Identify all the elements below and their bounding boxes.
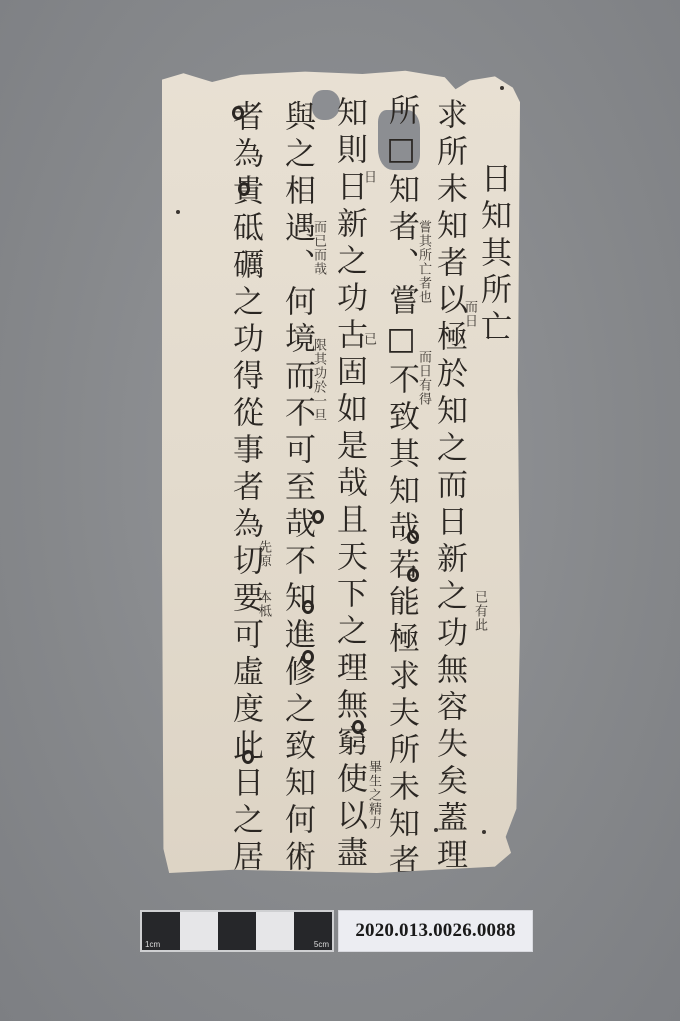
text-column-3: 所□知者、嘗□不致其知哉若能極求夫所未知者以 — [385, 94, 416, 918]
scale-segment — [180, 912, 218, 950]
text-column-4: 知則日新之功古固如是哉且天下之理無窮使以盡 — [333, 96, 364, 873]
annotation: 畢生之精力 — [367, 760, 380, 830]
annotation: 而日有得 — [417, 350, 430, 406]
punctuation-circle — [302, 600, 314, 614]
punctuation-circle — [352, 720, 364, 734]
manuscript-paper: 日知其所亡 求所未知者以極於知之而日新之功無容失矣蓋理之 而日 已有此 所□知者… — [162, 70, 520, 873]
annotation: 已有此 — [473, 590, 486, 632]
punctuation-circle — [302, 650, 314, 664]
scale-start-label: 1cm — [145, 940, 160, 949]
scale-bar: 1cm 5cm — [140, 910, 334, 952]
text-column-2: 求所未知者以極於知之而日新之功無容失矣蓋理之 — [433, 98, 464, 912]
punctuation-circle — [238, 182, 250, 196]
catalog-number-label: 2020.013.0026.0088 — [338, 910, 533, 952]
text-column-5: 與之相遇、何境而不可至哉不知進修之致知何術 — [281, 100, 312, 877]
scale-segment — [256, 912, 294, 950]
ink-speck — [434, 828, 438, 832]
scale-segment — [218, 912, 256, 950]
annotation: 而已而哉 — [312, 220, 325, 276]
punctuation-circle — [407, 568, 419, 582]
ink-speck — [176, 210, 180, 214]
annotation: 而日 — [463, 300, 476, 328]
punctuation-circle — [242, 750, 254, 764]
annotation: 限其功於一旦 — [312, 338, 325, 422]
annotation: 日 — [362, 170, 375, 184]
text-column-1: 日知其所亡 — [477, 162, 508, 347]
annotation: 已 — [362, 332, 375, 346]
annotation: 本柢 — [257, 590, 270, 618]
ink-speck — [482, 830, 486, 834]
scale-end-label: 5cm — [314, 940, 329, 949]
punctuation-circle — [312, 510, 324, 524]
annotation: 先原 — [257, 540, 270, 568]
ink-speck — [500, 86, 504, 90]
annotation: 嘗其所亡者也 — [417, 220, 430, 304]
punctuation-circle — [407, 530, 419, 544]
punctuation-circle — [232, 106, 244, 120]
